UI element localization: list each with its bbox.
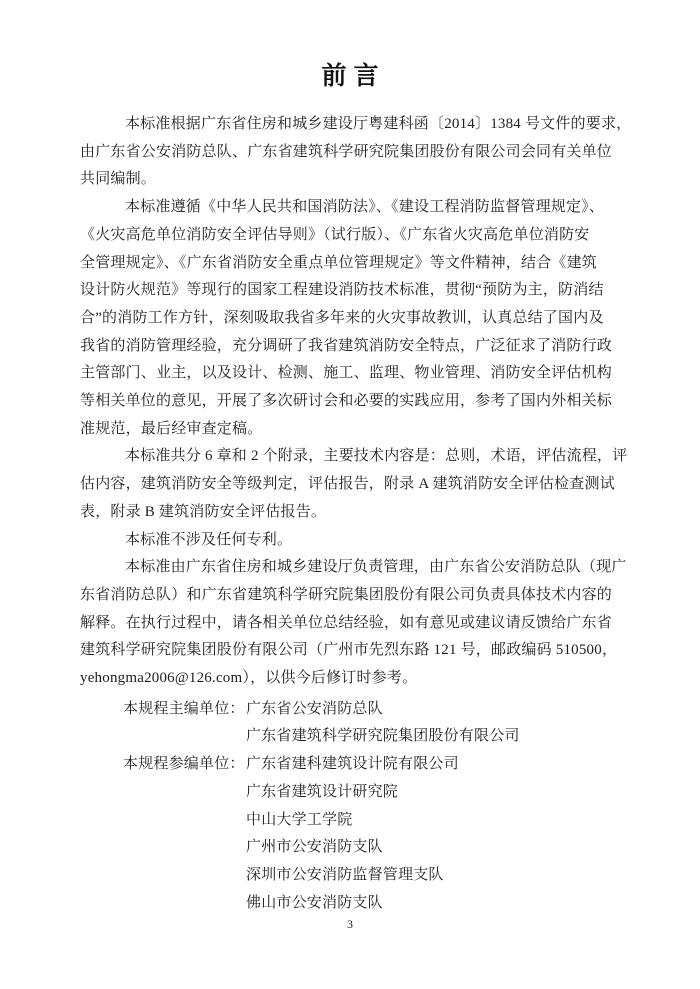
paragraph-line: 东省消防总队）和广东省建筑科学研究院集团股份有限公司负责具体技术内容的 xyxy=(80,582,616,610)
paragraph: 本标准不涉及任何专利。 xyxy=(80,527,616,555)
paragraph-line: 建筑科学研究院集团股份有限公司（广州市先烈东路 121 号，邮政编码 51050… xyxy=(80,637,616,665)
paragraph-line: 表，附录 B 建筑消防安全评估报告。 xyxy=(80,499,616,527)
paragraph: 本标准遵循《中华人民共和国消防法》、《建设工程消防监督管理规定》、《火灾高危单位… xyxy=(80,194,616,443)
paragraph-line: 估内容，建筑消防安全等级判定，评估报告，附录 A 建筑消防安全评估检查测试 xyxy=(80,471,616,499)
page-number: 3 xyxy=(0,917,700,932)
paragraph-line: 《火灾高危单位消防安全评估导则》（试行版）、《广东省火灾高危单位消防安 xyxy=(80,222,616,250)
paragraph-line: 本标准根据广东省住房和城乡建设厅粤建科函〔2014〕1384 号文件的要求， xyxy=(80,111,616,139)
participant-editor-group: 本规程参编单位： 广东省建科建筑设计院有限公司广东省建筑设计研究院中山大学工学院… xyxy=(80,751,616,917)
paragraph-line: 我省的消防管理经验，充分调研了我省建筑消防安全特点，广泛征求了消防行政 xyxy=(80,333,616,361)
editor-units: 本规程主编单位： 广东省公安消防总队广东省建筑科学研究院集团股份有限公司 本规程… xyxy=(80,696,616,918)
chief-editor-items: 广东省公安消防总队广东省建筑科学研究院集团股份有限公司 xyxy=(246,696,520,751)
unit-name: 广东省建科建筑设计院有限公司 xyxy=(246,751,459,779)
unit-name: 深圳市公安消防监督管理支队 xyxy=(246,862,459,890)
unit-name: 佛山市公安消防支队 xyxy=(246,890,459,918)
paragraphs: 本标准根据广东省住房和城乡建设厅粤建科函〔2014〕1384 号文件的要求，由广… xyxy=(80,111,616,693)
paragraph-line: 全管理规定》、《广东省消防安全重点单位管理规定》等文件精神，结合《建筑 xyxy=(80,250,616,278)
unit-name: 中山大学工学院 xyxy=(246,807,459,835)
paragraph-line: 等相关单位的意见，开展了多次研讨会和必要的实践应用，参考了国内外相关标 xyxy=(80,388,616,416)
paragraph-line: 准规范，最后经审查定稿。 xyxy=(80,416,616,444)
unit-name: 广东省建筑科学研究院集团股份有限公司 xyxy=(246,723,520,751)
paragraph: 本标准根据广东省住房和城乡建设厅粤建科函〔2014〕1384 号文件的要求，由广… xyxy=(80,111,616,194)
paragraph-line: 本标准共分 6 章和 2 个附录，主要技术内容是：总则，术语，评估流程，评 xyxy=(80,443,616,471)
paragraph-line: 合”的消防工作方针，深刻吸取我省多年来的火灾事故教训，认真总结了国内及 xyxy=(80,305,616,333)
unit-name: 广东省建筑设计研究院 xyxy=(246,779,459,807)
unit-name: 广东省公安消防总队 xyxy=(246,696,520,724)
participant-editor-items: 广东省建科建筑设计院有限公司广东省建筑设计研究院中山大学工学院广州市公安消防支队… xyxy=(246,751,459,917)
participant-editor-label: 本规程参编单位： xyxy=(123,751,246,779)
paragraph-line: 解释。在执行过程中，请各相关单位总结经验，如有意见或建议请反馈给广东省 xyxy=(80,610,616,638)
paragraph: 本标准由广东省住房和城乡建设厅负责管理，由广东省公安消防总队（现广东省消防总队）… xyxy=(80,554,616,693)
page-title: 前言 xyxy=(0,0,700,94)
paragraph: 本标准共分 6 章和 2 个附录，主要技术内容是：总则，术语，评估流程，评估内容… xyxy=(80,443,616,526)
chief-editor-label: 本规程主编单位： xyxy=(123,696,246,724)
paragraph-line: 本标准由广东省住房和城乡建设厅负责管理，由广东省公安消防总队（现广 xyxy=(80,554,616,582)
unit-name: 广州市公安消防支队 xyxy=(246,834,459,862)
paragraph-line: 本标准不涉及任何专利。 xyxy=(80,527,616,555)
document-page: 前言 本标准根据广东省住房和城乡建设厅粤建科函〔2014〕1384 号文件的要求… xyxy=(0,0,700,989)
paragraph-line: 由广东省公安消防总队、广东省建筑科学研究院集团股份有限公司会同有关单位 xyxy=(80,139,616,167)
paragraph-line: yehongma2006@126.com），以供今后修订时参考。 xyxy=(80,665,616,693)
paragraph-line: 设计防火规范》等现行的国家工程建设消防技术标准，贯彻“预防为主，防消结 xyxy=(80,277,616,305)
paragraph-line: 共同编制。 xyxy=(80,166,616,194)
chief-editor-group: 本规程主编单位： 广东省公安消防总队广东省建筑科学研究院集团股份有限公司 xyxy=(80,696,616,751)
paragraph-line: 主管部门、业主，以及设计、检测、施工、监理、物业管理、消防安全评估机构 xyxy=(80,360,616,388)
paragraph-line: 本标准遵循《中华人民共和国消防法》、《建设工程消防监督管理规定》、 xyxy=(80,194,616,222)
page-content: 本标准根据广东省住房和城乡建设厅粤建科函〔2014〕1384 号文件的要求，由广… xyxy=(80,111,616,917)
